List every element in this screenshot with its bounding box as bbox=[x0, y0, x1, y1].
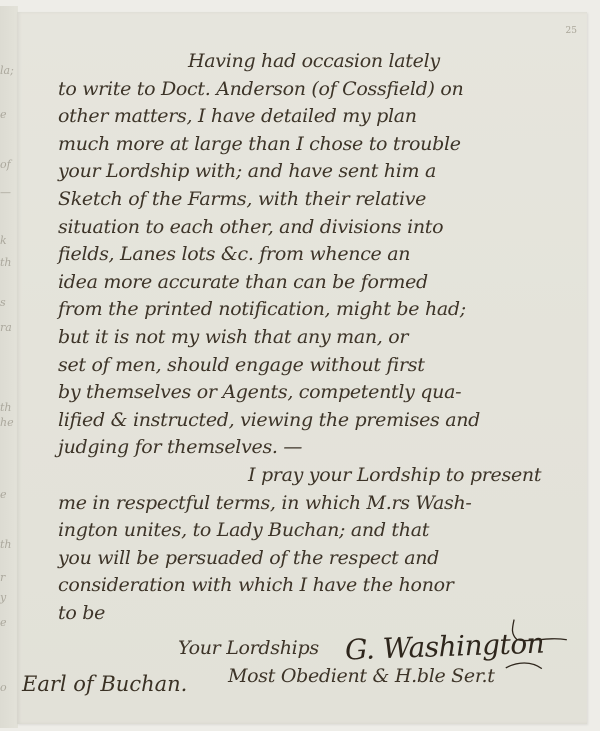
letter-line: lified & instructed, viewing the premise… bbox=[58, 407, 558, 435]
facing-page-fragment: k bbox=[0, 234, 7, 247]
facing-page-fragment: th bbox=[0, 256, 12, 269]
addressee: Earl of Buchan. bbox=[22, 672, 187, 696]
letter-line: Having had occasion lately bbox=[58, 48, 558, 76]
letter-line: by themselves or Agents, competently qua… bbox=[58, 379, 558, 407]
letter-line: I pray your Lordship to present bbox=[58, 462, 558, 490]
signature: G. Washington bbox=[344, 627, 544, 667]
facing-page-fragment: ra bbox=[0, 321, 12, 334]
letter-line: much more at large than I chose to troub… bbox=[58, 131, 558, 159]
facing-page-fragment: e bbox=[0, 488, 7, 501]
folio-number: 25 bbox=[566, 26, 577, 36]
letter-line: other matters, I have detailed my plan bbox=[58, 103, 558, 131]
letter-line: idea more accurate than can be formed bbox=[58, 269, 558, 297]
letter-line: situation to each other, and divisions i… bbox=[58, 214, 558, 242]
facing-page-fragment: e bbox=[0, 616, 7, 629]
letter-line: ington unites, to Lady Buchan; and that bbox=[58, 517, 558, 545]
document-viewer: la; e of — k th s ra th he e th r y e o … bbox=[0, 0, 600, 731]
letter-line: set of men, should engage without first bbox=[58, 352, 558, 380]
signature-flourish-icon bbox=[494, 609, 576, 672]
letter-body: Having had occasion lately to write to D… bbox=[58, 48, 558, 691]
letter-line: you will be persuaded of the respect and bbox=[58, 545, 558, 573]
letter-line: your Lordship with; and have sent him a bbox=[58, 158, 558, 186]
letter-line: consideration with which I have the hono… bbox=[58, 572, 558, 600]
facing-page-fragment: of bbox=[0, 158, 11, 171]
letter-line: me in respectful terms, in which M.rs Wa… bbox=[58, 490, 558, 518]
letter-line: to write to Doct. Anderson (of Cossfield… bbox=[58, 76, 558, 104]
facing-page-fragment: s bbox=[0, 296, 6, 309]
facing-page-fragment: y bbox=[0, 591, 6, 604]
letter-line: Sketch of the Farms, with their relative bbox=[58, 186, 558, 214]
facing-page-fragment: r bbox=[0, 571, 5, 584]
facing-page-fragment: la; bbox=[0, 64, 14, 77]
letter-line: from the printed notification, might be … bbox=[58, 296, 558, 324]
facing-page-fragment: o bbox=[0, 681, 7, 694]
letter-line: judging for themselves. — bbox=[58, 434, 558, 462]
letter-line: to be bbox=[58, 600, 558, 628]
letter-line: fields, Lanes lots &c. from whence an bbox=[58, 241, 558, 269]
facing-page-fragment: — bbox=[0, 186, 11, 199]
facing-page-edge: la; e of — k th s ra th he e th r y e o bbox=[0, 6, 18, 728]
facing-page-fragment: th bbox=[0, 401, 12, 414]
letter-line: but it is not my wish that any man, or bbox=[58, 324, 558, 352]
facing-page-fragment: he bbox=[0, 416, 14, 429]
facing-page-fragment: e bbox=[0, 108, 7, 121]
facing-page-fragment: th bbox=[0, 538, 12, 551]
